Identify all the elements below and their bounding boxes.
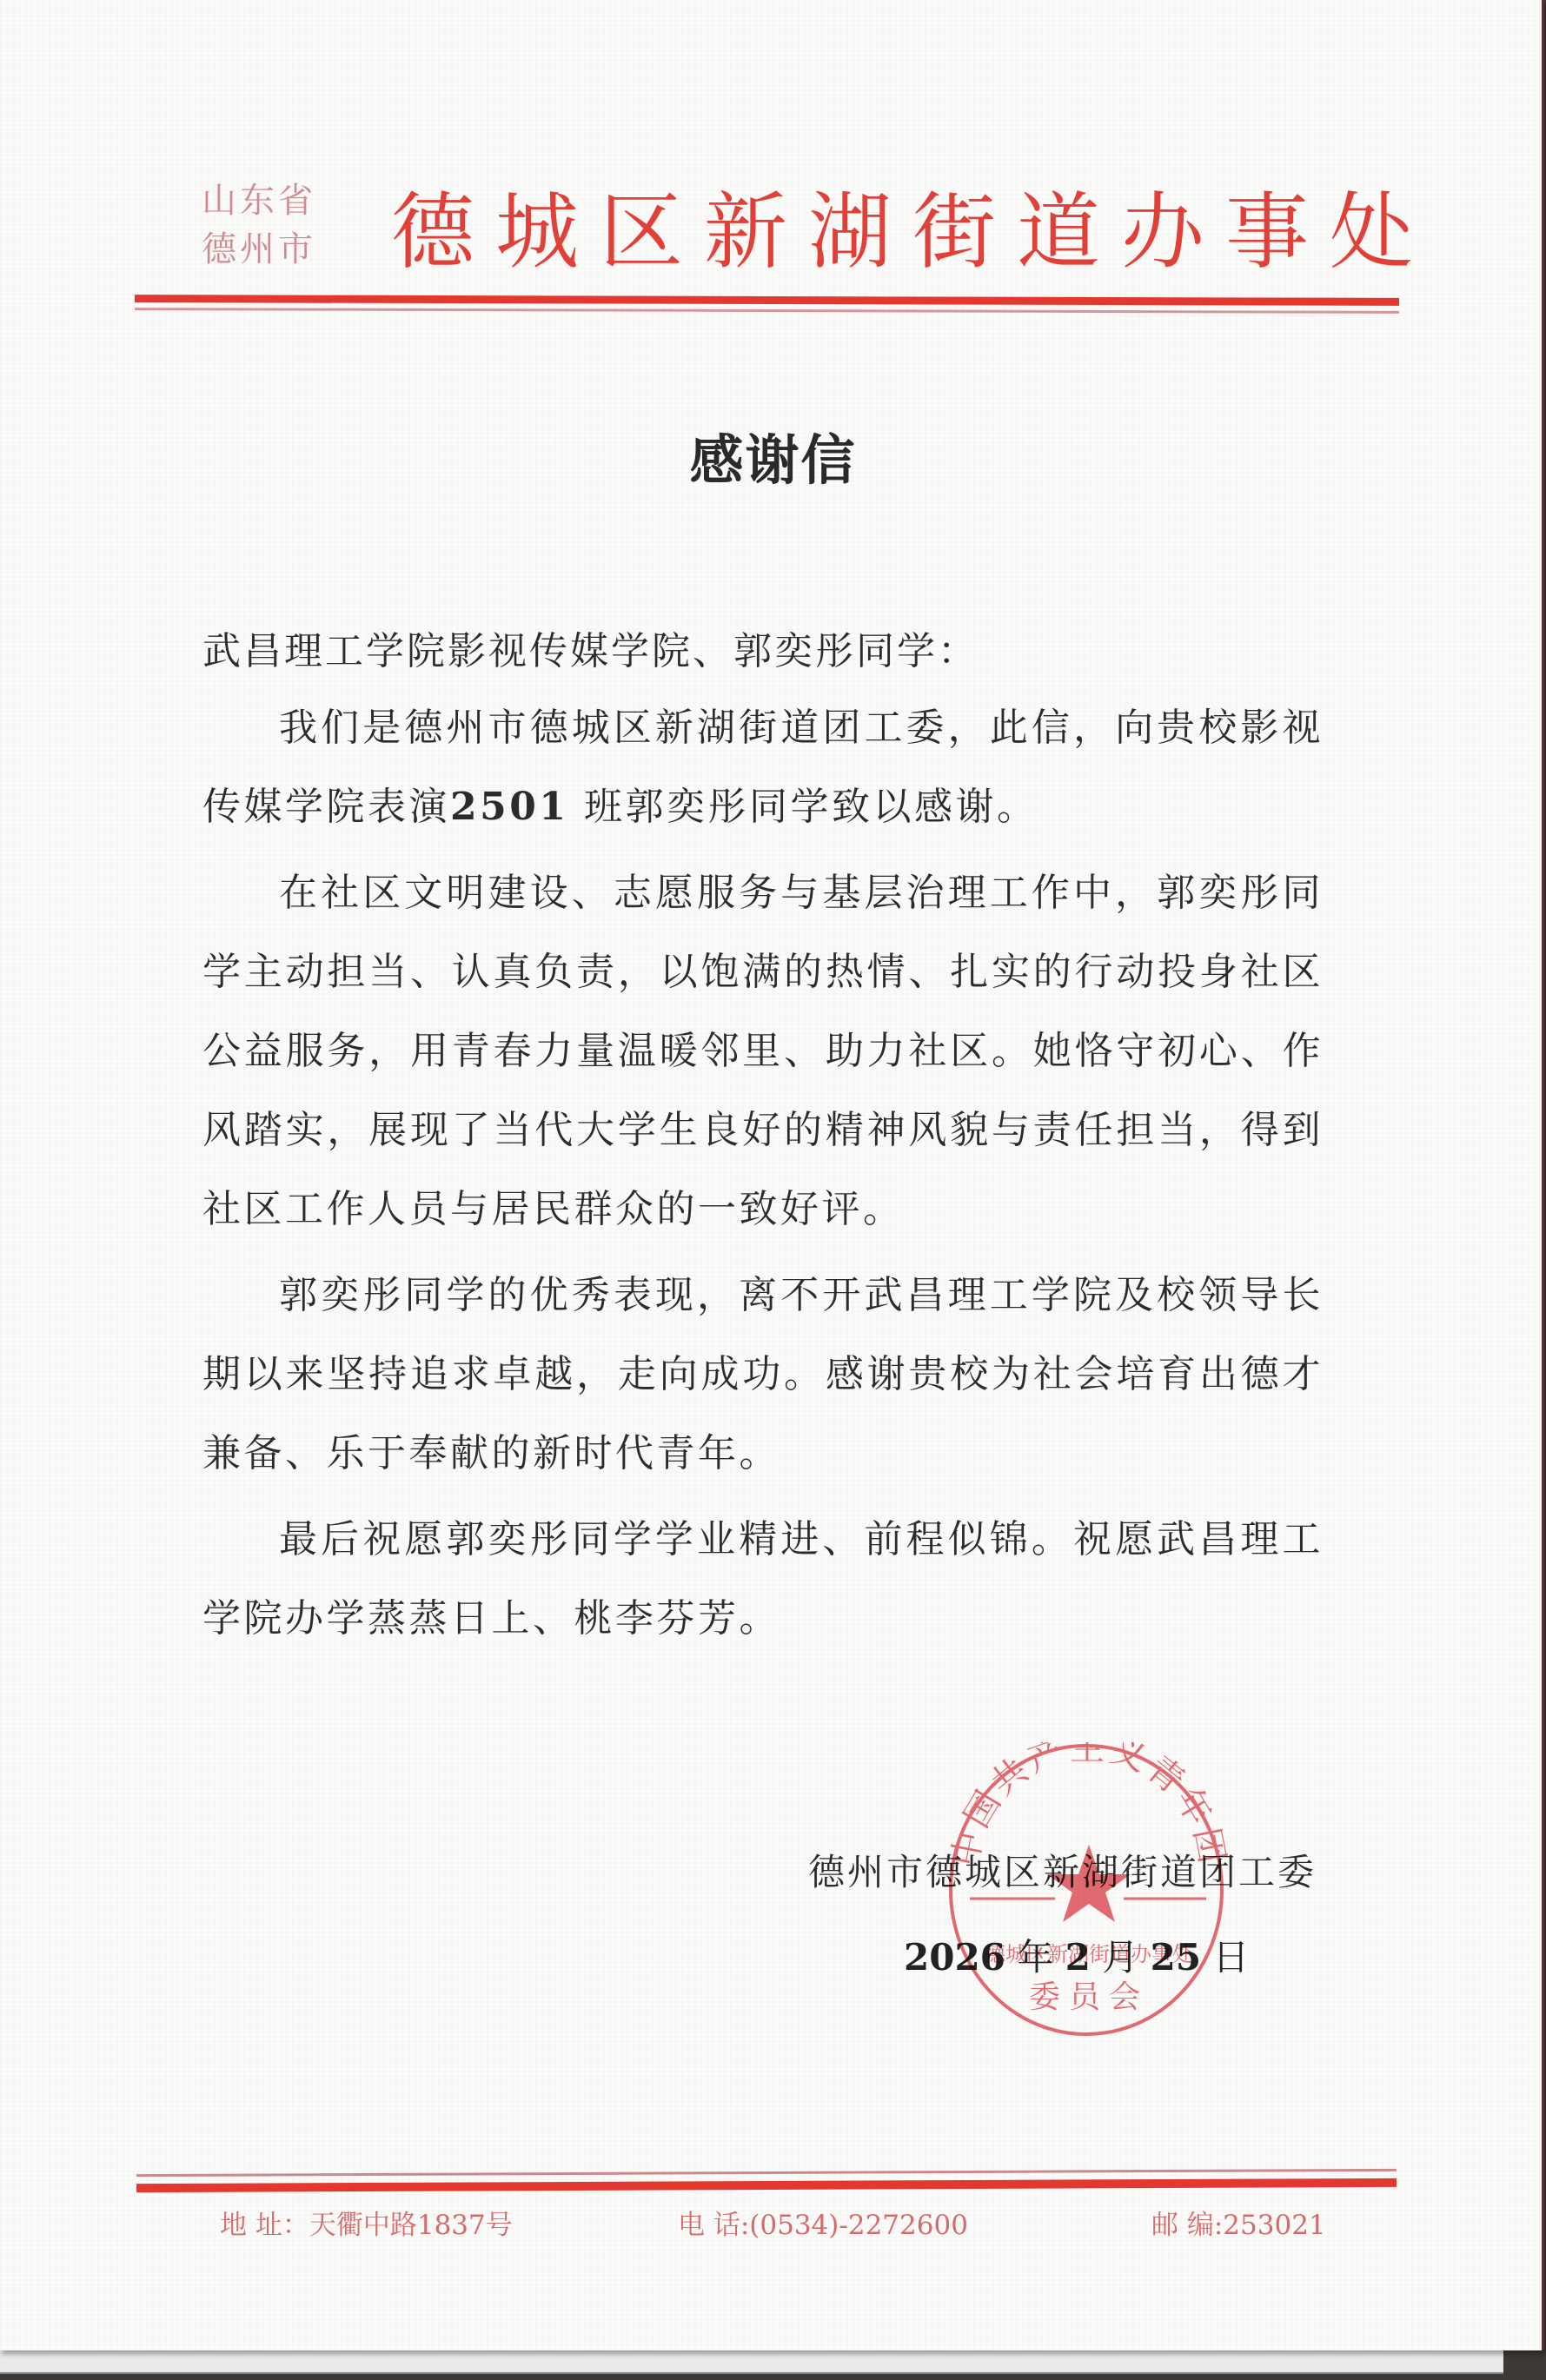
letterhead-location: 山东省 德州市 bbox=[202, 176, 323, 274]
paragraph-2: 在社区文明建设、志愿服务与基层治理工作中，郭奕彤同学主动担当、认真负责，以饱满的… bbox=[202, 853, 1324, 1249]
official-seal: 中国共产主义青年团 德城区新湖街道办事处 委员会 bbox=[946, 1742, 1232, 2038]
footer-phone: 电 话:(0534)-2272600 bbox=[678, 2203, 968, 2242]
paragraph-1-text-b: 班郭奕彤同学致以感谢。 bbox=[584, 785, 1038, 829]
footer-address: 地 址：天衢中路1837号 bbox=[220, 2203, 513, 2242]
footer-rule-thin bbox=[136, 2169, 1397, 2177]
footer-postcode: 邮 编:253021 bbox=[1151, 2203, 1326, 2242]
paragraph-3: 郭奕彤同学的优秀表现，离不开武昌理工学院及校领导长期以来坚持追求卓越，走向成功。… bbox=[202, 1256, 1324, 1493]
seal-bottom-text: 委员会 bbox=[1029, 1979, 1149, 2015]
document-title: 感谢信 bbox=[0, 417, 1546, 494]
star-icon bbox=[1047, 1845, 1131, 1922]
letterhead-office-name: 德城区新湖街道办事处 bbox=[391, 184, 1434, 280]
salutation: 武昌理工学院影视传媒学院、郭奕彤同学： bbox=[202, 620, 979, 675]
paragraph-4: 最后祝愿郭奕彤同学学业精进、前程似锦。祝愿武昌理工学院办学蒸蒸日上、桃李芬芳。 bbox=[202, 1500, 1324, 1658]
paragraph-1: 我们是德州市德城区新湖街道团工委，此信，向贵校影视传媒学院表演2501 班郭奕彤… bbox=[202, 688, 1324, 846]
letterhead-rule-thick bbox=[135, 295, 1399, 306]
letter-body: 我们是德州市德城区新湖街道团工委，此信，向贵校影视传媒学院表演2501 班郭奕彤… bbox=[202, 688, 1324, 1658]
footer-rule-thick bbox=[136, 2178, 1397, 2192]
letterhead-rule-thin bbox=[135, 308, 1399, 314]
class-number: 2501 bbox=[450, 785, 568, 829]
letterhead-city: 德州市 bbox=[202, 225, 323, 274]
seal-middle-text: 德城区新湖街道办事处 bbox=[985, 1942, 1193, 1966]
letter-page: 山东省 德州市 德城区新湖街道办事处 感谢信 武昌理工学院影视传媒学院、郭奕彤同… bbox=[0, 0, 1544, 2350]
letterhead-province: 山东省 bbox=[202, 176, 323, 225]
